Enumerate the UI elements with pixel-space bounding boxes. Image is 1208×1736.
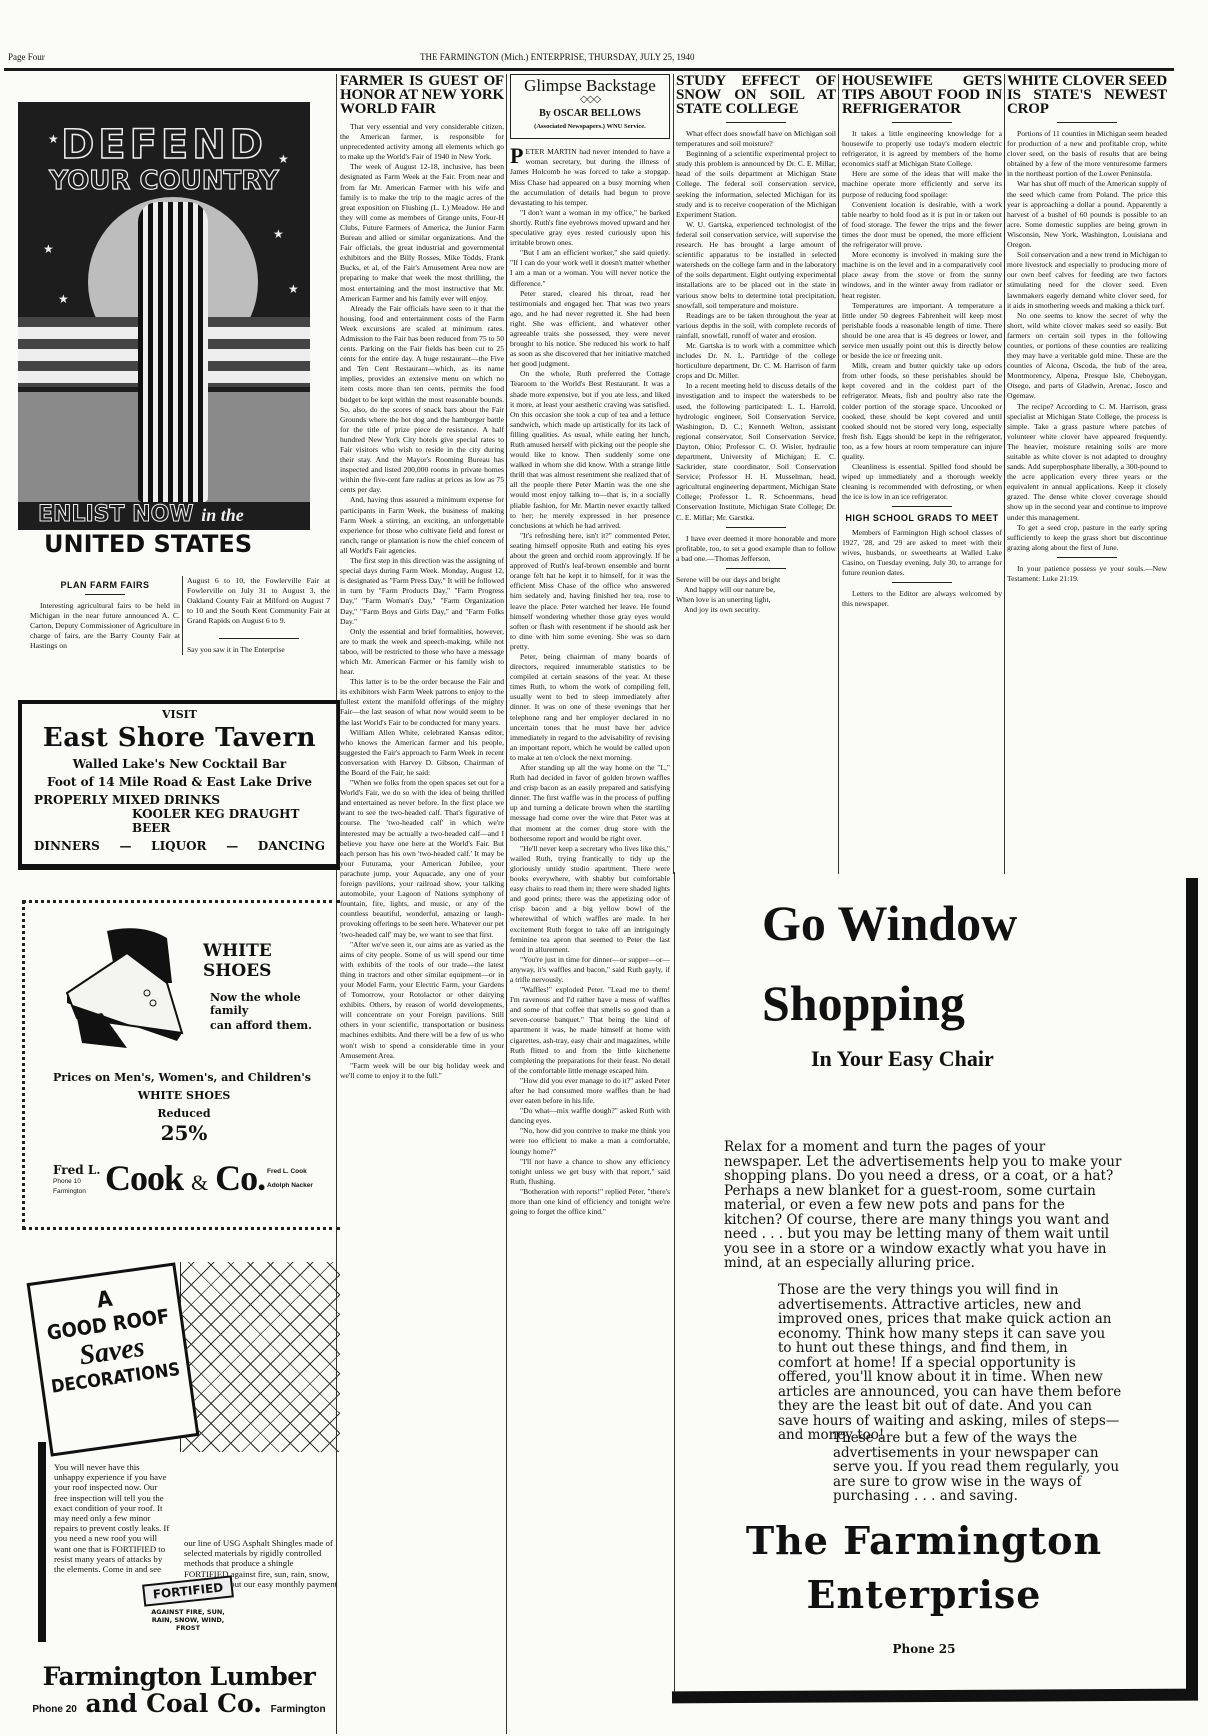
paragraph: This latter is to be the order because t… xyxy=(340,677,504,727)
poem-line: And joy its own security. xyxy=(676,605,836,615)
paragraph: Milk, cream and butter quickly take up o… xyxy=(842,361,1002,462)
paragraph: "After we've seen it, our aims are as va… xyxy=(340,940,504,1061)
divider xyxy=(1057,557,1117,558)
paragraph: Readings are to be taken throughout the … xyxy=(676,311,836,341)
top-rule xyxy=(4,68,1174,71)
paragraph: ETER MARTIN had never intended to have a… xyxy=(510,147,670,206)
paragraph: In a recent meeting held to discuss deta… xyxy=(676,381,836,522)
ad-headline-2: Shopping xyxy=(762,974,965,1032)
grads-text: Members of Farmington High school classe… xyxy=(842,528,1002,578)
poem-line: When love is an unerring light, xyxy=(676,595,836,605)
paragraph: Only the essential and brief formalities… xyxy=(340,627,504,677)
farm-fairs-text: Interesting agricultural fairs to be hel… xyxy=(30,601,180,651)
store-town: Farmington xyxy=(53,1187,100,1197)
paragraph: "Do what—mix waffle dough?" asked Ruth w… xyxy=(510,1106,670,1126)
paragraph: More economy is involved in making sure … xyxy=(842,250,1002,300)
dancing-label: DANCING xyxy=(258,839,325,853)
letters-note: Letters to the Editor are always welcome… xyxy=(842,589,1002,609)
ad-paragraph-2: Those are the very things you will find … xyxy=(778,1283,1123,1443)
ad-paragraph-3: These are but a few of the ways the adve… xyxy=(833,1431,1123,1504)
jefferson-quote: I have ever deemed it more honorable and… xyxy=(676,534,836,564)
fortified-banner: FORTIFIED xyxy=(142,1575,234,1606)
star-icon: ★ xyxy=(58,292,69,306)
divider xyxy=(726,122,786,123)
white-clover-article: WHITE CLOVER SEED IS STATE'S NEWEST CROP… xyxy=(1007,74,1167,874)
enterprise-tagline: Say you saw it in The Enterprise xyxy=(187,645,330,655)
story-title-box: Glimpse Backstage ◇◇◇ By OSCAR BELLOWS (… xyxy=(510,74,670,139)
farm-fairs-left: PLAN FARM FAIRS Interesting agricultural… xyxy=(30,576,180,651)
column-rule xyxy=(1004,74,1005,874)
housewife-article: HOUSEWIFE GETS TIPS ABOUT FOOD IN REFRIG… xyxy=(842,74,1002,874)
paragraph: Beginning of a scientific experimental p… xyxy=(676,149,836,220)
folio-line: THE FARMINGTON (Mich.) ENTERPRISE, THURS… xyxy=(420,52,695,62)
paragraph: "It's refreshing here, isn't it?" commen… xyxy=(510,531,670,652)
drinks-line: PROPERLY MIXED DRINKS xyxy=(22,793,337,807)
fortified-tagline: AGAINST FIRE, SUN, RAIN, SNOW, WIND, FRO… xyxy=(143,1608,233,1632)
star-icon: ★ xyxy=(273,227,284,241)
ad-paragraph-1: Relax for a moment and turn the pages of… xyxy=(724,1140,1124,1271)
wire-service: (Associated Newspapers.) WNU Service. xyxy=(515,123,665,130)
paragraph: "No, how did you contrive to make me thi… xyxy=(510,1126,670,1156)
divider xyxy=(85,594,125,595)
company-line-2: Phone 20 and Coal Co. Farmington xyxy=(18,1689,340,1718)
paragraph: Convenient location is desirable, with a… xyxy=(842,200,1002,250)
poster-subtitle: YOUR COUNTRY xyxy=(18,166,310,196)
paragraph: Mr. Gartska is to work with a committee … xyxy=(676,341,836,381)
paragraph: It takes a little engineering knowledge … xyxy=(842,129,1002,169)
byline: By OSCAR BELLOWS xyxy=(515,109,665,119)
tavern-address: Foot of 14 Mile Road & East Lake Drive xyxy=(22,775,337,789)
us-army-line: UNITED STATES ARMY xyxy=(18,530,310,562)
ornament-icon: ◇◇◇ xyxy=(515,95,665,105)
paragraph: That very essential and very considerabl… xyxy=(340,122,504,162)
in-the-text: in the xyxy=(201,505,244,525)
shoe-illustration xyxy=(47,923,187,1053)
owner-2: Adolph Nacker xyxy=(267,1179,313,1193)
divider xyxy=(219,638,299,639)
paragraph: "Botheration with reports!" replied Pete… xyxy=(510,1187,670,1217)
paragraph: "I don't want a woman in my office," he … xyxy=(510,208,670,248)
story-title: Glimpse Backstage xyxy=(515,81,665,91)
paragraph: The week of August 12-18, inclusive, has… xyxy=(340,162,504,303)
paragraph: Peter, being chairman of many boards of … xyxy=(510,652,670,763)
paragraph: W. U. Gartska, experienced technologist … xyxy=(676,220,836,311)
white-shoes-ad: WHITE SHOES Now the whole family can aff… xyxy=(22,900,340,1230)
enterprise-logo-line-1: The Farmington xyxy=(734,1518,1114,1563)
enterprise-logo-line-2: Enterprise xyxy=(734,1572,1114,1617)
star-icon: ★ xyxy=(288,282,299,296)
store-phone: Phone 10 xyxy=(53,1177,100,1187)
cook-name: Cook xyxy=(105,1158,183,1198)
paragraph: "He'll never keep a secretary who lives … xyxy=(510,844,670,955)
company-name-2: and Coal Co. xyxy=(86,1689,262,1718)
paragraph: "Waffles!" exploded Peter. "Lead me to t… xyxy=(510,985,670,1076)
company-town: Farmington xyxy=(271,1704,326,1715)
shoes-item: WHITE SHOES xyxy=(25,1089,343,1102)
poster-title: DEFEND xyxy=(18,122,310,168)
paragraph: "When we folks from the open spaces set … xyxy=(340,778,504,940)
paragraph: Here are some of the ideas that will mak… xyxy=(842,169,1002,199)
defend-your-country-ad: ★ ★ ★ ★ ★ ★ DEFEND YOUR COUNTRY ENLIST N… xyxy=(18,102,310,562)
dash: — xyxy=(226,839,238,853)
divider xyxy=(892,506,952,507)
black-bar xyxy=(38,1442,46,1642)
paragraph: To get a seed crop, pasture in the early… xyxy=(1007,523,1167,553)
visit-label: VISIT xyxy=(22,708,337,721)
article-headline: HOUSEWIFE GETS TIPS ABOUT FOOD IN REFRIG… xyxy=(842,74,1002,116)
roof-sign: A GOOD ROOF Saves DECORATIONS xyxy=(27,1262,200,1456)
paragraph: "How did you ever manage to do it?" aske… xyxy=(510,1076,670,1106)
paragraph: After standing up all the way home on th… xyxy=(510,763,670,844)
paragraph: "But I am an efficient worker," she said… xyxy=(510,248,670,288)
scripture-quote: In your patience possess ye your souls.—… xyxy=(1007,564,1167,584)
poem-line: And happy will our nature be, xyxy=(676,585,836,595)
uncle-sam-illustration xyxy=(138,202,208,502)
owner-1: Fred L. Cook xyxy=(267,1165,313,1179)
paragraph: Already the Fair officials have seen to … xyxy=(340,304,504,496)
paragraph: Soil conservation and a new trend in Mic… xyxy=(1007,250,1167,311)
cook-co-logo: Cook & Co. xyxy=(105,1157,265,1199)
divider xyxy=(892,582,952,583)
window-shopping-ad: Go Window Shopping In Your Easy Chair Re… xyxy=(686,878,1206,1718)
paragraph: The first step in this direction was the… xyxy=(340,556,504,627)
dinners-label: DINNERS xyxy=(34,839,100,853)
paragraph: Peter stared, cleared his throat, read h… xyxy=(510,289,670,370)
paragraph: "You're just in time for dinner—or suppe… xyxy=(510,955,670,985)
reduced-label: Reduced xyxy=(25,1107,343,1120)
farm-fairs-headline: PLAN FARM FAIRS xyxy=(30,580,180,590)
shoes-line1: Now the whole family xyxy=(210,991,340,1017)
shoes-prices: Prices on Men's, Women's, and Children's xyxy=(53,1071,343,1084)
paragraph: Portions of 11 counties in Michigan seem… xyxy=(1007,129,1167,179)
drop-cap: P xyxy=(510,147,525,165)
liquor-label: LIQUOR xyxy=(151,839,206,853)
paragraph: War has shut off much of the American su… xyxy=(1007,179,1167,250)
divider xyxy=(892,122,952,123)
co-label: Co. xyxy=(215,1158,265,1198)
page-number: Page Four xyxy=(8,52,45,62)
divider xyxy=(726,568,786,569)
paragraph: "Farm week will be our big holiday week … xyxy=(340,1061,504,1081)
enlist-text: ENLIST NOW xyxy=(38,502,194,527)
column-rule xyxy=(506,74,507,1734)
wallpaper-illustration xyxy=(180,1262,340,1452)
lumber-company: Farmington Lumber Phone 20 and Coal Co. … xyxy=(18,1662,340,1718)
ad-subheadline: In Your Easy Chair xyxy=(811,1046,994,1072)
ampersand: & xyxy=(191,1170,207,1195)
ad-border-bottom xyxy=(672,1689,1198,1704)
paragraph: William Allen White, celebrated Kansas e… xyxy=(340,728,504,778)
fred-label: Fred L. xyxy=(53,1163,100,1177)
fortified-badge: FORTIFIED AGAINST FIRE, SUN, RAIN, SNOW,… xyxy=(143,1560,233,1632)
divider xyxy=(1057,122,1117,123)
article-headline: STUDY EFFECT OF SNOW ON SOIL AT STATE CO… xyxy=(676,74,836,116)
paragraph: What effect does snowfall have on Michig… xyxy=(676,129,836,149)
glimpse-backstage-story: Glimpse Backstage ◇◇◇ By OSCAR BELLOWS (… xyxy=(510,74,670,1734)
column-rule xyxy=(673,74,674,874)
paragraph: And, having thus assured a minimum expen… xyxy=(340,495,504,556)
shoes-line2: can afford them. xyxy=(210,1019,312,1032)
company-phone: Phone 20 xyxy=(32,1704,76,1715)
farm-fairs-right: August 6 to 10, the Fowlerville Fair at … xyxy=(182,576,330,655)
tavern-tagline: Walled Lake's New Cocktail Bar xyxy=(22,757,337,771)
divider xyxy=(726,527,786,528)
paragraph: Cleanliness is essential. Spilled food s… xyxy=(842,462,1002,502)
dash: — xyxy=(119,839,131,853)
ad-border-right xyxy=(1186,878,1198,1690)
paragraph: The recipe? According to C. M. Harrison,… xyxy=(1007,402,1167,523)
grads-headline: HIGH SCHOOL GRADS TO MEET xyxy=(842,513,1002,523)
enlist-line: ENLIST NOW in the xyxy=(38,502,244,527)
ad-border-left xyxy=(674,872,675,1692)
snow-study-article: STUDY EFFECT OF SNOW ON SOIL AT STATE CO… xyxy=(676,74,836,874)
beer-line: KOOLER KEG DRAUGHT BEER xyxy=(22,807,337,835)
discount-percent: 25% xyxy=(25,1121,343,1145)
paragraph: On the whole, Ruth preferred the Cottage… xyxy=(510,369,670,531)
poem-line: Serene will be our days and bright xyxy=(676,575,836,585)
enterprise-phone: Phone 25 xyxy=(734,1642,1114,1656)
owners: Fred L. Cook Adolph Nacker xyxy=(267,1165,313,1193)
ad-headline-1: Go Window xyxy=(762,894,1017,952)
article-headline: FARMER IS GUEST OF HONOR AT NEW YORK WOR… xyxy=(340,74,504,116)
paragraph: No one seems to know the secret of why t… xyxy=(1007,311,1167,402)
shoes-headline: WHITE SHOES xyxy=(203,941,340,981)
column-rule xyxy=(838,74,839,874)
roof-left-text: You will never have this unhappy experie… xyxy=(54,1462,172,1574)
paragraph: Temperatures are important. A temperatur… xyxy=(842,301,1002,362)
farm-fairs-continued: August 6 to 10, the Fowlerville Fair at … xyxy=(187,576,330,626)
east-shore-tavern-ad: VISIT East Shore Tavern Walled Lake's Ne… xyxy=(18,700,340,870)
star-icon: ★ xyxy=(43,242,54,256)
tavern-offerings: DINNERS — LIQUOR — DANCING xyxy=(22,835,337,853)
poem: Serene will be our days and bright And h… xyxy=(676,575,836,615)
store-contact: Fred L. Phone 10 Farmington xyxy=(53,1163,100,1197)
paragraph: "I'll not have a chance to show any effi… xyxy=(510,1157,670,1187)
tavern-name: East Shore Tavern xyxy=(22,723,337,753)
farmer-article: FARMER IS GUEST OF HONOR AT NEW YORK WOR… xyxy=(340,74,504,1734)
good-roof-ad: A GOOD ROOF Saves DECORATIONS You will n… xyxy=(18,1262,340,1732)
article-headline: WHITE CLOVER SEED IS STATE'S NEWEST CROP xyxy=(1007,74,1167,116)
company-name-1: Farmington Lumber xyxy=(18,1662,340,1691)
